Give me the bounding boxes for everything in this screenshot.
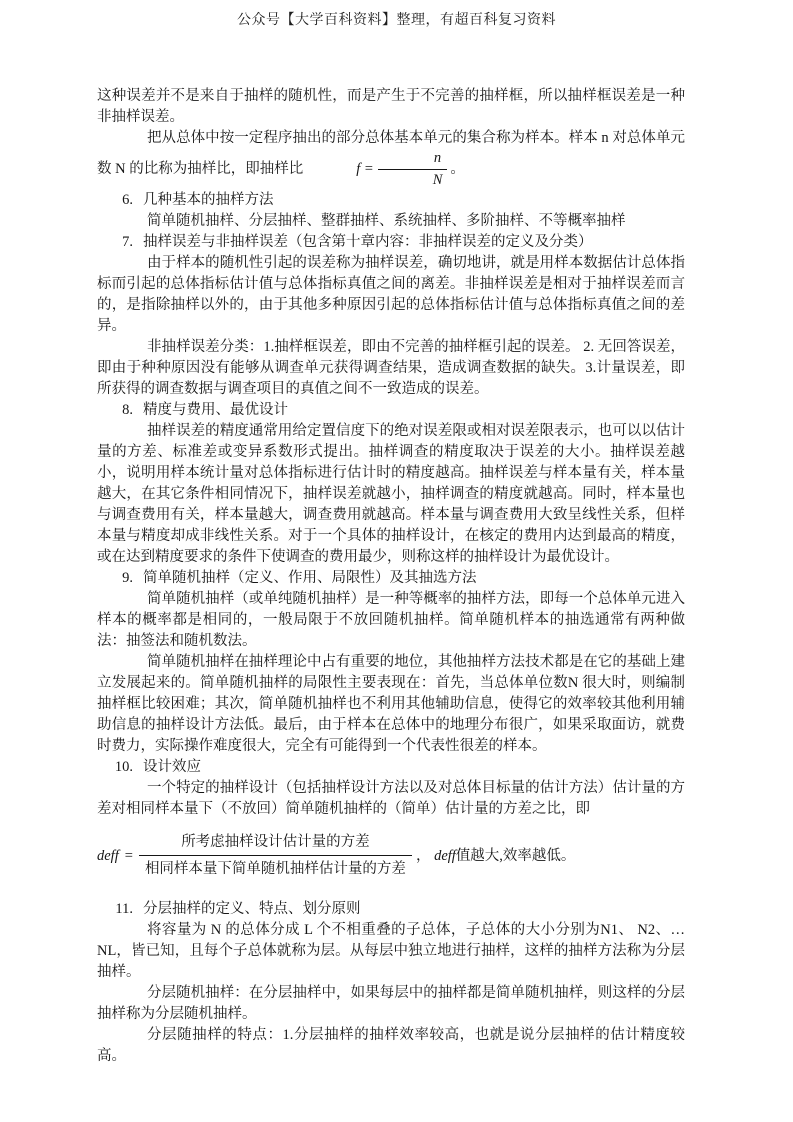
paragraph: 抽样误差的精度通常用给定置信度下的绝对误差限或相对误差限表示，也可以以估计量的方… <box>97 421 685 568</box>
fraction-denominator: N <box>378 170 448 190</box>
numbered-heading: 11.分层抽样的定义、特点、划分原则 <box>97 899 685 920</box>
paragraph-text: 。 <box>450 161 465 177</box>
numbered-heading-label: 抽样误差与非抽样误差（包含第十章内容：非抽样误差的定义及分类） <box>133 232 593 253</box>
numbered-heading: 7.抽样误差与非抽样误差（包含第十章内容：非抽样误差的定义及分类） <box>97 232 685 253</box>
paragraph: 分层随抽样的特点：1.分层抽样的抽样效率较高，也就是说分层抽样的估计精度较高。 <box>97 1025 685 1067</box>
equals-sign: = <box>125 846 133 866</box>
numbered-heading-number: 9. <box>97 568 133 589</box>
numbered-heading: 9.简单随机抽样（定义、作用、局限性）及其抽选方法 <box>97 568 685 589</box>
numbered-heading-label: 精度与费用、最优设计 <box>133 400 288 421</box>
numbered-heading-label: 分层抽样的定义、特点、划分原则 <box>133 899 361 920</box>
formula-lhs: f = <box>356 161 373 177</box>
numbered-heading-label: 简单随机抽样（定义、作用、局限性）及其抽选方法 <box>133 568 477 589</box>
formula-tail-variable: deff <box>434 848 456 864</box>
display-formula: deff=所考虑抽样设计估计量的方差相同样本量下简单随机抽样估计量的方差， de… <box>97 832 685 879</box>
fraction: 所考虑抽样设计估计量的方差相同样本量下简单随机抽样估计量的方差 <box>139 832 412 879</box>
fraction-numerator: 所考虑抽样设计估计量的方差 <box>139 832 412 856</box>
paragraph: 分层随机抽样：在分层抽样中，如果每层中的抽样都是简单随机抽样，则这样的分层抽样称… <box>97 983 685 1025</box>
numbered-heading-label: 几种基本的抽样方法 <box>133 190 274 211</box>
paragraph: 由于样本的随机性引起的误差称为抽样误差，确切地讲，就是用样本数据估计总体指标而引… <box>97 253 685 337</box>
numbered-heading-number: 6. <box>97 190 133 211</box>
fraction-denominator: 相同样本量下简单随机抽样估计量的方差 <box>139 856 412 879</box>
paragraph-with-formula: 把从总体中按一定程序抽出的部分总体基本单元的集合称为样本。样本 n 对总体单元数… <box>97 128 685 190</box>
inline-formula: f =nN <box>306 149 447 190</box>
formula-lhs: deff <box>97 846 119 866</box>
formula-tail: ， deff值越大,效率越低。 <box>416 846 576 866</box>
numbered-heading-number: 11. <box>97 899 133 920</box>
fraction: nN <box>378 149 448 190</box>
paragraph: 简单随机抽样、分层抽样、整群抽样、系统抽样、多阶抽样、不等概率抽样 <box>97 211 685 232</box>
paragraph: 这种误差并不是来自于抽样的随机性，而是产生于不完善的抽样框，所以抽样框误差是一种… <box>97 86 685 128</box>
paragraph: 简单随机抽样（或单纯随机抽样）是一种等概率的抽样方法，即每一个总体单元进入样本的… <box>97 589 685 652</box>
numbered-heading-number: 10. <box>97 757 133 778</box>
paragraph: 非抽样误差分类：1.抽样框误差，即由不完善的抽样框引起的误差。 2. 无回答误差… <box>97 337 685 400</box>
paragraph: 将容量为 N 的总体分成 L 个不相重叠的子总体，子总体的大小分别为N1、 N2… <box>97 920 685 983</box>
numbered-heading-number: 7. <box>97 232 133 253</box>
paragraph: 简单随机抽样在抽样理论中占有重要的地位，其他抽样方法技术都是在它的基础上建立发展… <box>97 652 685 757</box>
numbered-heading: 10.设计效应 <box>97 757 685 778</box>
numbered-heading: 6.几种基本的抽样方法 <box>97 190 685 211</box>
formula-tail-text: 值越大,效率越低。 <box>456 848 576 864</box>
numbered-heading-label: 设计效应 <box>133 757 201 778</box>
formula-tail-text: ， <box>416 848 434 864</box>
fraction-numerator: n <box>378 149 448 170</box>
document-page: 公众号【大学百科资料】整理，有超百科复习资料 这种误差并不是来自于抽样的随机性，… <box>0 0 793 1122</box>
document-body: 这种误差并不是来自于抽样的随机性，而是产生于不完善的抽样框，所以抽样框误差是一种… <box>97 86 685 1067</box>
numbered-heading: 8.精度与费用、最优设计 <box>97 400 685 421</box>
numbered-heading-number: 8. <box>97 400 133 421</box>
page-header-watermark: 公众号【大学百科资料】整理，有超百科复习资料 <box>0 9 793 29</box>
paragraph: 一个特定的抽样设计（包括抽样设计方法以及对总体目标量的估计方法）估计量的方差对相… <box>97 778 685 820</box>
